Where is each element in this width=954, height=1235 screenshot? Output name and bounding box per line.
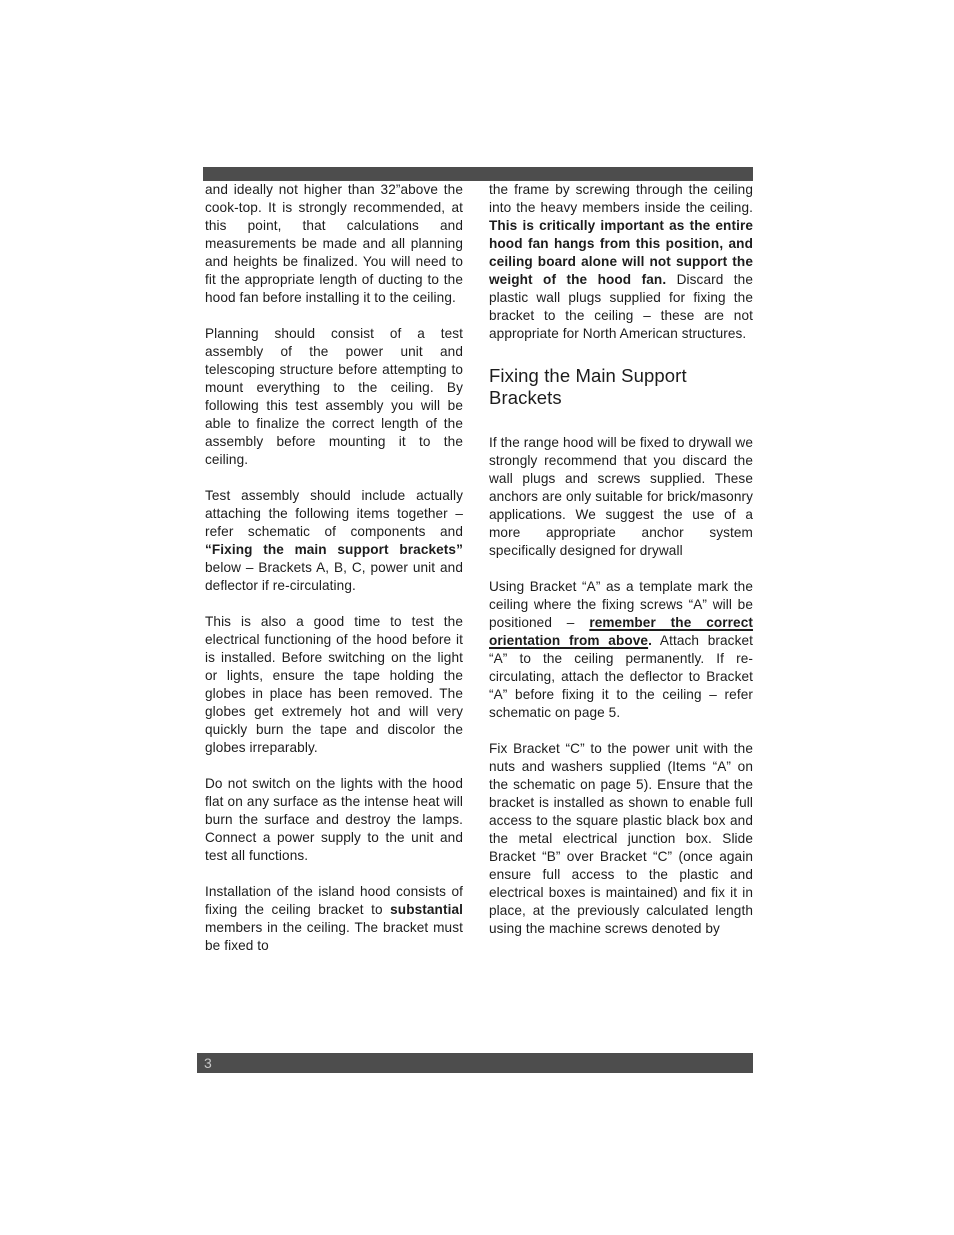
document-page: and ideally not higher than 32”above the… [0, 0, 954, 1235]
text-run: below – Brackets A, B, C, power unit and… [205, 560, 463, 593]
text-run: Fix Bracket “C” to the power unit with t… [489, 741, 753, 936]
paragraph: If the range hood will be fixed to drywa… [489, 434, 753, 560]
paragraph: This is also a good time to test the ele… [205, 613, 463, 757]
text-run: members in the ceiling. The bracket must… [205, 920, 463, 953]
left-column: and ideally not higher than 32”above the… [205, 181, 463, 973]
text-run: substantial [390, 902, 463, 917]
paragraph: Planning should consist of a test assemb… [205, 325, 463, 469]
paragraph: Using Bracket “A” as a template mark the… [489, 578, 753, 722]
paragraph: the frame by screwing through the ceilin… [489, 181, 753, 343]
page-body: and ideally not higher than 32”above the… [205, 181, 753, 973]
text-run: Fixing the Main Support Brackets [489, 365, 687, 408]
text-run: This is also a good time to test the ele… [205, 614, 463, 755]
text-run: If the range hood will be fixed to drywa… [489, 435, 753, 558]
text-run: “Fixing the main support brackets” [205, 542, 463, 557]
footer-bar: 3 [197, 1053, 753, 1073]
paragraph: Installation of the island hood consists… [205, 883, 463, 955]
section-heading: Fixing the Main Support Brackets [489, 365, 753, 408]
paragraph: Do not switch on the lights with the hoo… [205, 775, 463, 865]
text-run: Test assembly should include actually at… [205, 488, 463, 539]
header-bar [203, 167, 753, 181]
page-number: 3 [204, 1055, 212, 1071]
right-column: the frame by screwing through the ceilin… [489, 181, 753, 973]
paragraph: and ideally not higher than 32”above the… [205, 181, 463, 307]
paragraph: Fix Bracket “C” to the power unit with t… [489, 740, 753, 938]
text-run: the frame by screwing through the ceilin… [489, 182, 753, 215]
paragraph: Test assembly should include actually at… [205, 487, 463, 595]
text-run: Do not switch on the lights with the hoo… [205, 776, 463, 863]
text-run: and ideally not higher than 32”above the… [205, 182, 463, 305]
text-run: Planning should consist of a test assemb… [205, 326, 463, 467]
